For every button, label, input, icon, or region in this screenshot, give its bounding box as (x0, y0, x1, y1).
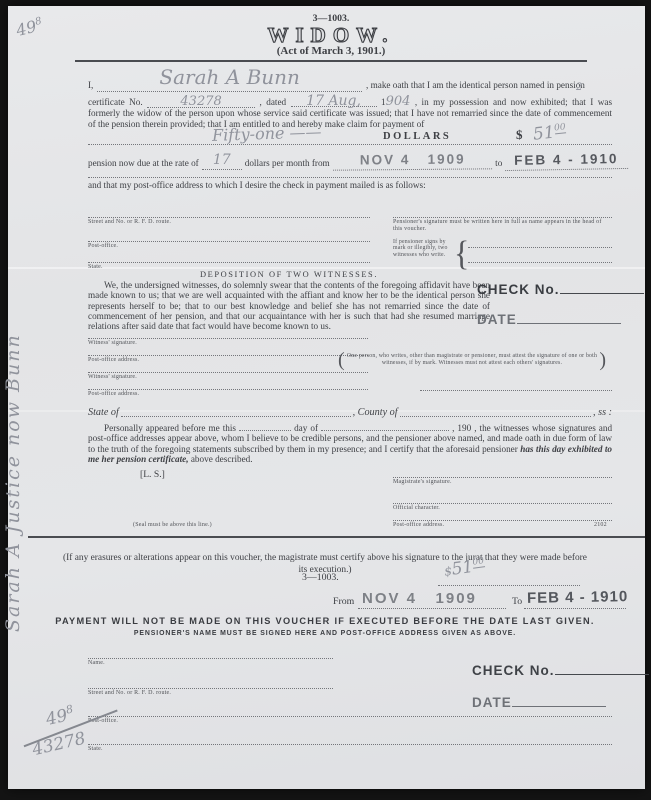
county-of-blank (400, 416, 591, 417)
official-character-label: Official character. (393, 505, 440, 512)
witness1-address-label: Post-office address. (88, 357, 139, 364)
i-label: I, (88, 80, 93, 90)
to-label: to (495, 158, 502, 168)
amount-cents-handwriting: 00 (554, 123, 567, 135)
seal-mark: [L. S.] (140, 470, 165, 480)
deposition-body: We, the undersigned witnesses, do solemn… (88, 280, 490, 331)
footer-amount-line (438, 585, 580, 586)
signature-warning: PENSIONER'S NAME MUST BE SIGNED HERE AND… (40, 630, 610, 637)
scanned-pension-voucher: 3—1003. WIDOW. (Act of March 3, 1901.) I… (0, 0, 651, 800)
witness2-signature-label: Witness' signature. (88, 374, 137, 381)
state-of-blank (121, 416, 351, 417)
appeared-text: Personally appeared before me this (104, 423, 236, 433)
magistrate-signature-label: Magistrate's signature. (393, 479, 452, 486)
official-character-line (393, 503, 612, 504)
address-intro-rule (88, 177, 612, 178)
footer-to-date-stamp: FEB 4 - 1910 (527, 588, 629, 607)
footer-po-line (88, 716, 612, 717)
header-rule (75, 60, 587, 62)
month-blank (321, 430, 449, 431)
footer-check-no-stamp: CHECK No. (472, 663, 649, 678)
footer-street-line (88, 688, 333, 689)
close-paren: ) (599, 350, 606, 370)
footer-state-line (88, 744, 612, 745)
amount-words-handwriting: Fifty-one —— (212, 122, 322, 145)
footer-rule (28, 536, 645, 538)
footer-name-line (88, 658, 333, 659)
dollars-label: DOLLARS (383, 132, 451, 142)
state-of-label: State of (88, 408, 119, 418)
check-no-stamp-line (560, 282, 644, 294)
check-no-stamp: CHECK No. (477, 282, 644, 297)
footer-check-no-line (555, 663, 649, 675)
to-label-bottom: To (512, 597, 522, 607)
witness1-signature-line (88, 338, 368, 339)
date-stamp-line (517, 312, 621, 324)
day-of-label: day of (294, 423, 318, 433)
dated-label: , dated (260, 97, 287, 107)
witness2-address-label: Post-office address. (88, 391, 139, 398)
date-handwriting: 17 Aug, (291, 96, 377, 107)
year-handwriting: 904 (386, 94, 411, 109)
street-label: Street and No. or R. F. D. route. (88, 219, 171, 226)
from-date-stamp: NOV 4 1909 (333, 150, 493, 170)
footer-from-date-stamp: NOV 4 1909 (362, 590, 477, 607)
seal-note: (Seal must be above this line.) (133, 522, 212, 529)
jurat-body: Personally appeared before me this day o… (88, 423, 612, 464)
form-number-bottom: 3—1003. (302, 573, 339, 583)
post-office-label: Post-office. (88, 243, 118, 250)
state-line (88, 262, 370, 263)
witness1-signature-label: Witness' signature. (88, 340, 137, 347)
margin-note-handwriting: Sarah A Justice now Bunn (2, 87, 24, 632)
from-label: From (333, 597, 354, 607)
plate-number: 2102 (594, 522, 607, 529)
dollar-sign: $ (516, 130, 523, 140)
pensioner-name-handwriting: Sarah A Bunn (97, 64, 362, 92)
attest-signature-line (420, 390, 612, 391)
magistrate-signature-line (393, 477, 612, 478)
magistrate-po-label: Post-office address. (393, 522, 444, 529)
day-blank (239, 430, 291, 431)
footer-amount-cents: 00 (472, 557, 485, 569)
rate-label: pension now due at the rate of (88, 158, 199, 168)
mark-witness-line-1 (468, 247, 612, 248)
rate-value-handwriting: 17 (202, 151, 242, 170)
address-intro: and that my post-office address to which… (88, 180, 612, 190)
certificate-label: certificate No. (88, 97, 143, 107)
post-office-line (88, 241, 370, 242)
magistrate-po-line (393, 520, 612, 521)
pensioner-signature-line (393, 217, 612, 218)
jurat-closing: above described. (191, 454, 253, 464)
year-label: , 190 , (452, 423, 476, 433)
ss-label: , ss : (593, 408, 612, 418)
stray-pencil-mark: 2 (576, 82, 582, 93)
amount-figures-handwriting: 5100 (532, 121, 567, 144)
open-paren: ( (338, 350, 345, 370)
deposition-heading: DEPOSITION OF TWO WITNESSES. (88, 270, 490, 280)
witness-brace: { (454, 233, 469, 274)
witness2-address-line (88, 389, 368, 390)
footer-to-line (524, 608, 626, 609)
county-of-label: , County of (353, 408, 398, 418)
attest-note-group: ( One person, who writes, other than mag… (338, 350, 606, 370)
attest-note: One person, who writes, other than magis… (345, 353, 600, 366)
street-line (88, 217, 370, 218)
certificate-number-handwriting: 43278 (147, 97, 255, 108)
per-month-label: dollars per month from (245, 158, 330, 168)
witness1-address-line (88, 355, 368, 356)
payment-warning: PAYMENT WILL NOT BE MADE ON THIS VOUCHER… (40, 616, 610, 626)
footer-from-line (358, 608, 506, 609)
act-subtitle: (Act of March 3, 1901.) (75, 46, 587, 56)
mark-witness-line-2 (468, 262, 612, 263)
footer-date-stamp: DATE (472, 695, 606, 710)
mark-note: If pensioner signs by mark or illegibly,… (393, 239, 453, 258)
witness2-signature-line (88, 372, 368, 373)
pensioner-signature-note: Pensioner's signature must be written he… (393, 219, 612, 233)
footer-name-label: Name. (88, 660, 105, 667)
to-date-stamp: FEB 4 - 1910 (505, 150, 628, 171)
date-stamp: DATE (477, 312, 621, 327)
paper-crease (8, 267, 645, 269)
footer-date-line (512, 695, 606, 707)
